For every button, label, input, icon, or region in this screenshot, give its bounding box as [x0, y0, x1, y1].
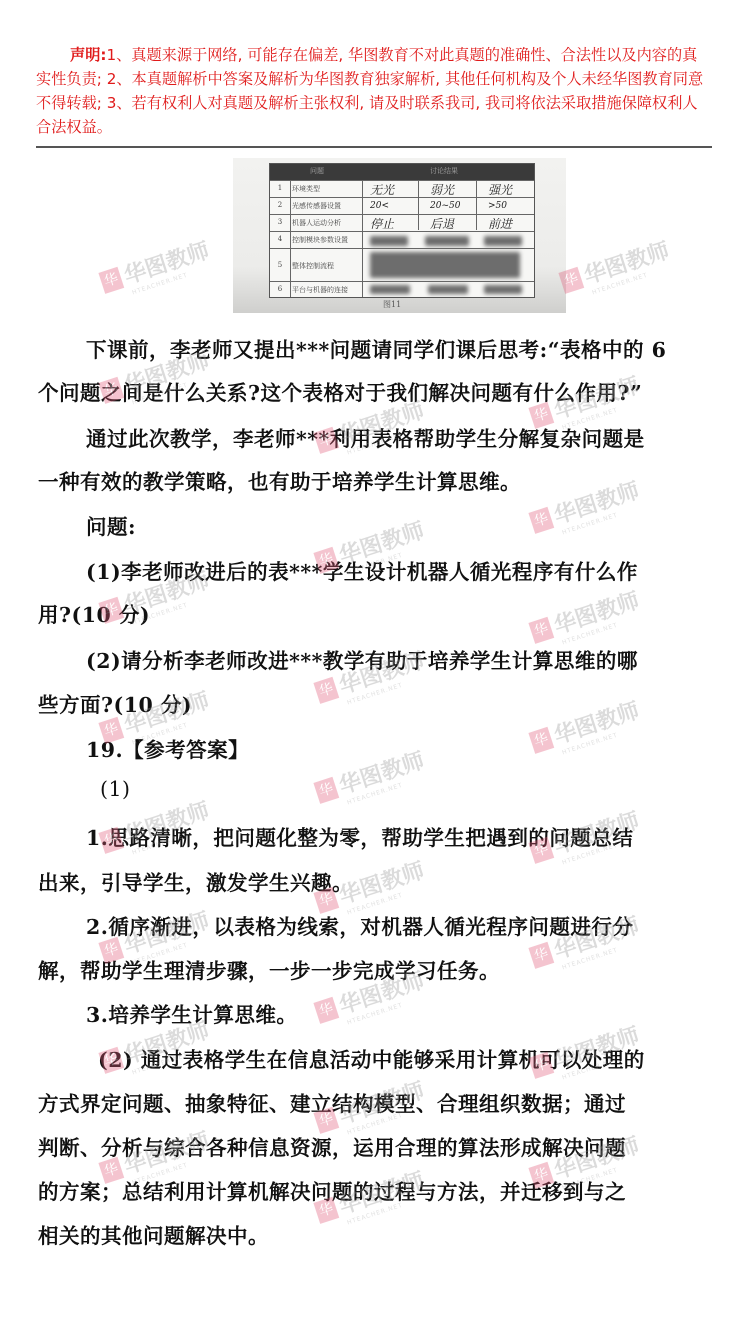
- questions-label: 问题:: [86, 510, 136, 540]
- row-label: 光感传感器设置: [292, 201, 341, 211]
- header-result: 讨论结果: [430, 166, 458, 176]
- row-label: 平台与机器的连接: [292, 285, 348, 295]
- table-row: 5 整体控制流程: [270, 248, 534, 282]
- answer-2-line: 判断、分析与综合各种信息资源，运用合理的算法形成解决问题: [38, 1131, 626, 1161]
- watermark-logo-icon: 华: [528, 941, 554, 968]
- watermark-logo-icon: 华: [528, 726, 554, 753]
- disclaimer-text: 1、真题来源于网络, 可能存在偏差, 华图教育不对此真题的准确性、合法性以及内容…: [36, 46, 703, 136]
- answer-1-item-2: 2.循序渐进，以表格为线索，对机器人循光程序问题进行分: [86, 910, 633, 940]
- redacted-cell: [428, 285, 468, 294]
- watermark-text: 华图教师: [580, 234, 673, 291]
- table-row: 4 控制模块参数设置: [270, 231, 534, 249]
- watermark-logo-icon: 华: [98, 266, 124, 293]
- question-1-cont: 用?(10 分): [38, 598, 150, 628]
- watermark-sub: HTEACHER.NET: [131, 263, 215, 296]
- redacted-cell: [484, 285, 522, 294]
- row-number: 4: [270, 235, 290, 243]
- redacted-cell: [370, 236, 408, 246]
- answer-2-line: 方式界定问题、抽象特征、建立结构模型、合理组织数据；通过: [38, 1087, 626, 1117]
- disclaimer: 声明:1、真题来源于网络, 可能存在偏差, 华图教育不对此真题的准确性、合法性以…: [36, 43, 712, 139]
- watermark: 华华图教师HTEACHER.NET: [97, 234, 215, 305]
- watermark: 华华图教师HTEACHER.NET: [527, 474, 645, 545]
- watermark-sub: HTEACHER.NET: [346, 773, 430, 806]
- header-question: 问题: [310, 166, 324, 176]
- watermark-sub: HTEACHER.NET: [591, 263, 675, 296]
- table-row: 3 机器人运动分析 停止 后退 前进: [270, 214, 534, 232]
- redacted-cell: [425, 236, 469, 246]
- answer-1-item-1: 1.思路清晰，把问题化整为零，帮助学生把遇到的问题总结: [86, 821, 633, 851]
- answer-1-item-3: 3.培养学生计算思维。: [86, 998, 297, 1028]
- cell-value: 20<: [370, 201, 389, 211]
- row-label: 环境类型: [292, 184, 320, 194]
- answer-2-line: 的方案；总结利用计算机解决问题的过程与方法，并迁移到与之: [38, 1175, 626, 1205]
- watermark: 华华图教师HTEACHER.NET: [527, 694, 645, 765]
- redacted-cell: [484, 236, 522, 246]
- watermark-text: 华图教师: [120, 234, 213, 291]
- disclaimer-lead: 声明:: [70, 46, 106, 64]
- paragraph-line: 下课前，李老师又提出***问题请同学们课后思考:“表格中的 6: [86, 333, 666, 363]
- table-row: 6 平台与机器的连接: [270, 281, 534, 298]
- watermark-logo-icon: 华: [528, 616, 554, 643]
- cell-value: 弱光: [430, 181, 454, 198]
- table-header: 问题 讨论结果: [270, 164, 534, 180]
- watermark-text: 华图教师: [335, 744, 428, 801]
- row-number: 5: [270, 261, 290, 269]
- row-number: 2: [270, 201, 290, 209]
- row-number: 6: [270, 285, 290, 293]
- watermark-sub: HTEACHER.NET: [561, 613, 645, 646]
- watermark: 华华图教师HTEACHER.NET: [312, 744, 430, 815]
- redacted-cell: [370, 285, 410, 294]
- table-row: 2 光感传感器设置 20< 20~50 >50: [270, 197, 534, 215]
- answer-1-label: (1): [100, 777, 131, 801]
- cell-value: 前进: [488, 215, 512, 232]
- cell-value: >50: [488, 201, 507, 211]
- watermark: 华华图教师HTEACHER.NET: [557, 234, 675, 305]
- cell-value: 后退: [430, 215, 454, 232]
- watermark-sub: HTEACHER.NET: [561, 503, 645, 536]
- header-divider: [36, 146, 712, 148]
- row-number: 1: [270, 184, 290, 192]
- row-label: 整体控制流程: [292, 261, 334, 271]
- watermark-logo-icon: 华: [313, 676, 339, 703]
- cell-value: 停止: [370, 215, 394, 232]
- watermark-logo-icon: 华: [528, 506, 554, 533]
- row-label: 控制模块参数设置: [292, 235, 348, 245]
- photo-table: 问题 讨论结果 1 环境类型 无光 弱光 强光 2 光感传感器设置 20< 20…: [269, 163, 535, 298]
- figure-table-photo: 问题 讨论结果 1 环境类型 无光 弱光 强光 2 光感传感器设置 20< 20…: [233, 158, 566, 313]
- watermark-text: 华图教师: [550, 694, 643, 751]
- watermark-text: 华图教师: [550, 584, 643, 641]
- answer-2-line: 相关的其他问题解决中。: [38, 1219, 269, 1249]
- paragraph-line: 一种有效的教学策略，也有助于培养学生计算思维。: [38, 465, 521, 495]
- question-2-cont: 些方面?(10 分): [38, 688, 192, 718]
- watermark-sub: HTEACHER.NET: [561, 723, 645, 756]
- answer-heading: 19.【参考答案】: [86, 733, 249, 763]
- answer-1-item-1-cont: 出来，引导学生，激发学生兴趣。: [38, 866, 353, 896]
- cell-value: 无光: [370, 181, 394, 198]
- redacted-cell: [370, 252, 520, 278]
- watermark-logo-icon: 华: [313, 996, 339, 1023]
- answer-1-item-2-cont: 解，帮助学生理清步骤，一步一步完成学习任务。: [38, 954, 500, 984]
- watermark-sub: HTEACHER.NET: [561, 938, 645, 971]
- row-number: 3: [270, 218, 290, 226]
- cell-value: 20~50: [430, 201, 460, 211]
- row-label: 机器人运动分析: [292, 218, 341, 228]
- watermark-sub: HTEACHER.NET: [346, 993, 430, 1026]
- question-1: (1)李老师改进后的表***学生设计机器人循光程序有什么作: [86, 555, 638, 585]
- question-2: (2)请分析李老师改进***教学有助于培养学生计算思维的哪: [86, 644, 638, 674]
- watermark-text: 华图教师: [550, 474, 643, 531]
- paragraph-line: 个问题之间是什么关系?这个表格对于我们解决问题有什么作用?”: [38, 376, 642, 406]
- watermark-logo-icon: 华: [313, 776, 339, 803]
- watermark-sub: HTEACHER.NET: [346, 673, 430, 706]
- figure-caption: 图11: [383, 299, 401, 310]
- cell-value: 强光: [488, 181, 512, 198]
- table-row: 1 环境类型 无光 弱光 强光: [270, 180, 534, 198]
- paragraph-line: 通过此次教学，李老师***利用表格帮助学生分解复杂问题是: [86, 422, 645, 452]
- answer-2: (2) 通过表格学生在信息活动中能够采用计算机可以处理的: [98, 1043, 645, 1073]
